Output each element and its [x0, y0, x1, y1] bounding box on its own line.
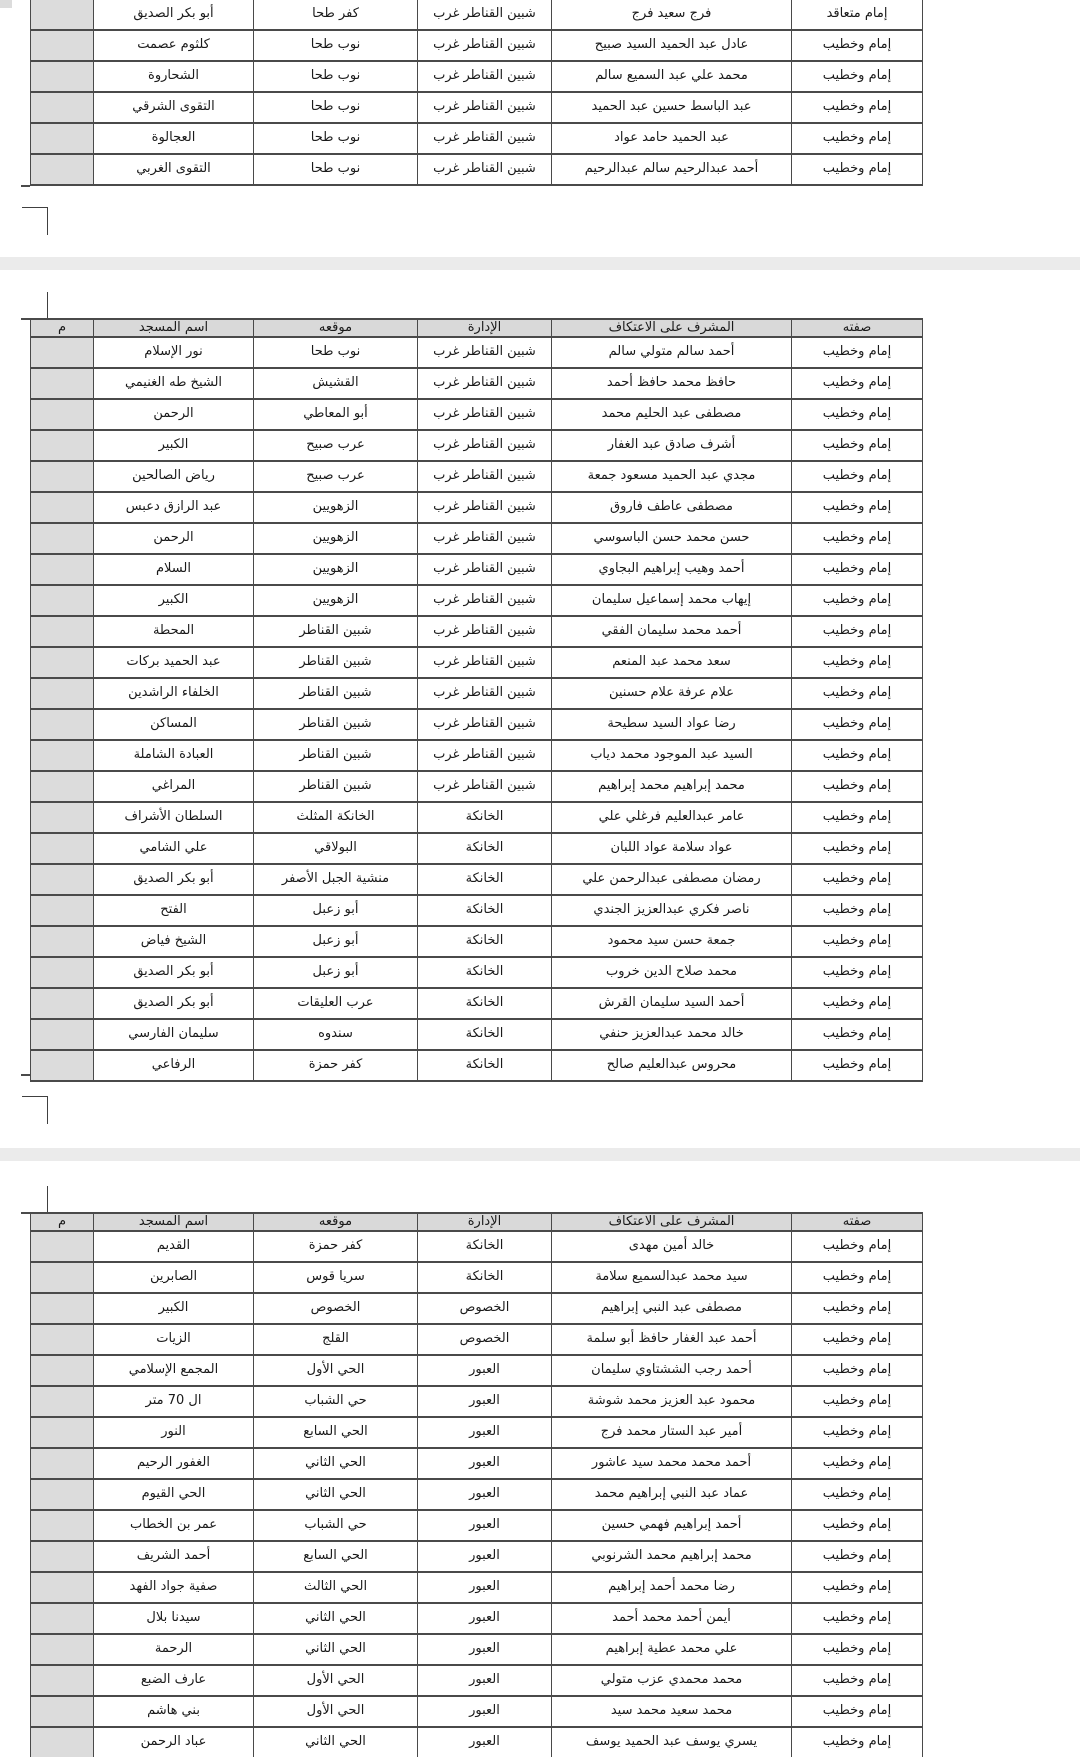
cell-mosque[interactable]: الرحمن [94, 399, 254, 430]
cell-mosque[interactable]: السلطان الأشراف [94, 802, 254, 833]
cell-mosque[interactable]: الرفاعي [94, 1050, 254, 1081]
cell-admin[interactable]: العبور [418, 1448, 552, 1479]
cell-role[interactable]: إمام وخطيب [792, 864, 923, 895]
cell-admin[interactable]: شبين القناطر غرب [418, 368, 552, 399]
cell-num[interactable] [31, 1603, 94, 1634]
cell-supervisor[interactable]: محمد إبراهيم محمد إبراهيم [552, 771, 792, 802]
col-header-num: م [31, 1213, 94, 1231]
cell-admin[interactable]: شبين القناطر غرب [418, 678, 552, 709]
cell-role[interactable]: إمام وخطيب [792, 492, 923, 523]
cell-num[interactable] [31, 1510, 94, 1541]
cell-admin[interactable]: شبين القناطر غرب [418, 523, 552, 554]
cell-admin[interactable]: العبور [418, 1417, 552, 1448]
cell-location[interactable]: كفر حمزة [254, 1050, 418, 1081]
cell-mosque[interactable]: الكبير [94, 430, 254, 461]
cell-num[interactable] [31, 1572, 94, 1603]
cell-location[interactable]: أبو المعاطي [254, 399, 418, 430]
cell-mosque[interactable]: العجالوة [94, 123, 254, 154]
table-row: رياض الصالحينعرب صبيحشبين القناطر غربمجد… [31, 461, 923, 492]
cell-role[interactable]: إمام وخطيب [792, 1727, 923, 1757]
table-row: المساكنشبين القناطرشبين القناطر غربرضا ع… [31, 709, 923, 740]
cell-supervisor[interactable]: عبد الحميد حامد عواد [552, 123, 792, 154]
cell-supervisor[interactable]: علي محمد عطية إبراهيم [552, 1634, 792, 1665]
cell-supervisor[interactable]: سعد محمد عبد المنعم [552, 647, 792, 678]
cell-mosque[interactable]: السلام [94, 554, 254, 585]
cell-role[interactable]: إمام متعاقد [792, 0, 923, 30]
cell-mosque[interactable]: أبو بكر الصديق [94, 864, 254, 895]
cell-num[interactable] [31, 1324, 94, 1355]
cell-mosque[interactable]: المساكن [94, 709, 254, 740]
table-row: نور الإسلامنوب طحاشبين القناطر غربأحمد س… [31, 337, 923, 368]
cell-role[interactable]: إمام وخطيب [792, 123, 923, 154]
cell-admin[interactable]: العبور [418, 1634, 552, 1665]
cell-num[interactable] [31, 740, 94, 771]
cell-location[interactable]: نوب طحا [254, 337, 418, 368]
table-row: الزياتالقلجالخصوصأحمد عبد الغفار حافظ أب… [31, 1324, 923, 1355]
cell-supervisor[interactable]: أحمد سالم متولي سالم [552, 337, 792, 368]
cell-mosque[interactable]: عمر بن الخطاب [94, 1510, 254, 1541]
cell-num[interactable] [31, 461, 94, 492]
table-border-extension [21, 1074, 30, 1076]
cell-supervisor[interactable]: مصطفى عاطف فاروق [552, 492, 792, 523]
cell-admin[interactable]: العبور [418, 1727, 552, 1757]
cell-num[interactable] [31, 1231, 94, 1262]
cell-location[interactable]: الحي الأول [254, 1696, 418, 1727]
table-row: أبو بكر الصديقعرب العليقاتالخانكةأحمد ال… [31, 988, 923, 1019]
cell-num[interactable] [31, 1696, 94, 1727]
cell-supervisor[interactable]: محمد علي عبد السميع سالم [552, 61, 792, 92]
cell-admin[interactable]: الخانكة [418, 1019, 552, 1050]
cell-location[interactable]: الخصوص [254, 1293, 418, 1324]
cell-mosque[interactable]: عبد الحميد بركات [94, 647, 254, 678]
cell-admin[interactable]: شبين القناطر غرب [418, 92, 552, 123]
cell-role[interactable]: إمام وخطيب [792, 740, 923, 771]
cell-role[interactable]: إمام وخطيب [792, 154, 923, 185]
cell-num[interactable] [31, 1417, 94, 1448]
cell-supervisor[interactable]: عادل عبد الحميد السيد صبيح [552, 30, 792, 61]
cell-role[interactable]: إمام وخطيب [792, 802, 923, 833]
cell-mosque[interactable]: الغفور الرحيم [94, 1448, 254, 1479]
cell-admin[interactable]: الخانكة [418, 1231, 552, 1262]
cell-location[interactable]: نوب طحا [254, 61, 418, 92]
cell-role[interactable]: إمام وخطيب [792, 461, 923, 492]
cell-location[interactable]: الزهويين [254, 523, 418, 554]
cell-mosque[interactable]: القديم [94, 1231, 254, 1262]
cell-admin[interactable]: الخصوص [418, 1324, 552, 1355]
cell-mosque[interactable]: ال 70 متر [94, 1386, 254, 1417]
cell-admin[interactable]: شبين القناطر غرب [418, 0, 552, 30]
cell-role[interactable]: إمام وخطيب [792, 1019, 923, 1050]
cell-mosque[interactable]: سيدنا بلال [94, 1603, 254, 1634]
cell-admin[interactable]: شبين القناطر غرب [418, 30, 552, 61]
cell-supervisor[interactable]: محمد إبراهيم محمد الشرنوبي [552, 1541, 792, 1572]
cell-supervisor[interactable]: عامر عبدالعليم فرغلي علي [552, 802, 792, 833]
cell-mosque[interactable]: الرحمن [94, 523, 254, 554]
cell-role[interactable]: إمام وخطيب [792, 30, 923, 61]
cell-role[interactable]: إمام وخطيب [792, 61, 923, 92]
cell-location[interactable]: حي الشباب [254, 1510, 418, 1541]
cell-mosque[interactable]: الكبير [94, 585, 254, 616]
cell-role[interactable]: إمام وخطيب [792, 1386, 923, 1417]
cell-num[interactable] [31, 1634, 94, 1665]
cell-supervisor[interactable]: سيد محمد عبدالسميع سلامة [552, 1262, 792, 1293]
cell-role[interactable]: إمام وخطيب [792, 926, 923, 957]
cell-admin[interactable]: الخانكة [418, 802, 552, 833]
cell-location[interactable]: حي الشباب [254, 1386, 418, 1417]
cell-role[interactable]: إمام وخطيب [792, 1262, 923, 1293]
cell-admin[interactable]: العبور [418, 1479, 552, 1510]
cell-role[interactable]: إمام وخطيب [792, 1324, 923, 1355]
cell-admin[interactable]: الخصوص [418, 1293, 552, 1324]
cell-num[interactable] [31, 1541, 94, 1572]
cell-supervisor[interactable]: أحمد محمد محمد سيد عاشور [552, 1448, 792, 1479]
cell-role[interactable]: إمام وخطيب [792, 988, 923, 1019]
cell-role[interactable]: إمام وخطيب [792, 1510, 923, 1541]
cell-admin[interactable]: شبين القناطر غرب [418, 154, 552, 185]
cell-role[interactable]: إمام وخطيب [792, 399, 923, 430]
cell-admin[interactable]: العبور [418, 1603, 552, 1634]
cell-role[interactable]: إمام وخطيب [792, 709, 923, 740]
cell-location[interactable]: القلج [254, 1324, 418, 1355]
cell-role[interactable]: إمام وخطيب [792, 585, 923, 616]
cell-mosque[interactable]: الحي القيوم [94, 1479, 254, 1510]
cell-role[interactable]: إمام وخطيب [792, 523, 923, 554]
cell-num[interactable] [31, 399, 94, 430]
cell-supervisor[interactable]: فرج سعيد فرج [552, 0, 792, 30]
cell-role[interactable]: إمام وخطيب [792, 1572, 923, 1603]
cell-admin[interactable]: شبين القناطر غرب [418, 430, 552, 461]
cell-location[interactable]: الخانكة المثلث [254, 802, 418, 833]
cell-role[interactable]: إمام وخطيب [792, 1293, 923, 1324]
cell-role[interactable]: إمام وخطيب [792, 647, 923, 678]
cell-location[interactable]: نوب طحا [254, 30, 418, 61]
table-row: المراغيشبين القناطرشبين القناطر غربمحمد … [31, 771, 923, 802]
cell-location[interactable]: سندوه [254, 1019, 418, 1050]
cell-mosque[interactable]: الشحاروة [94, 61, 254, 92]
cell-role[interactable]: إمام وخطيب [792, 1541, 923, 1572]
cell-admin[interactable]: الخانكة [418, 864, 552, 895]
col-header-location: موقعه [254, 1213, 418, 1231]
cell-supervisor[interactable]: محروس عبدالعليم صالح [552, 1050, 792, 1081]
cell-admin[interactable]: شبين القناطر غرب [418, 647, 552, 678]
cell-location[interactable]: الزهويين [254, 492, 418, 523]
cell-admin[interactable]: الخانكة [418, 926, 552, 957]
cell-supervisor[interactable]: محمد سعيد محمد سيد [552, 1696, 792, 1727]
cell-num[interactable] [31, 30, 94, 61]
cell-num[interactable] [31, 1727, 94, 1757]
cell-supervisor[interactable]: رمضان مصطفى عبدالرحمن علي [552, 864, 792, 895]
cell-mosque[interactable]: الفتح [94, 895, 254, 926]
cell-num[interactable] [31, 492, 94, 523]
cell-admin[interactable]: العبور [418, 1696, 552, 1727]
cell-admin[interactable]: الخانكة [418, 988, 552, 1019]
cell-mosque[interactable]: التقوى الشرقي [94, 92, 254, 123]
cell-role[interactable]: إمام وخطيب [792, 1479, 923, 1510]
cell-num[interactable] [31, 1386, 94, 1417]
cell-mosque[interactable]: بني هاشم [94, 1696, 254, 1727]
cell-num[interactable] [31, 368, 94, 399]
cell-role[interactable]: إمام وخطيب [792, 1417, 923, 1448]
cell-mosque[interactable]: عبد الرازق دعبس [94, 492, 254, 523]
cell-admin[interactable]: الخانكة [418, 1262, 552, 1293]
cell-location[interactable]: الحي الأول [254, 1665, 418, 1696]
table-row: التقوى الشرقينوب طحاشبين القناطر غربعبد … [31, 92, 923, 123]
cell-role[interactable]: إمام وخطيب [792, 833, 923, 864]
cell-location[interactable]: الزهويين [254, 585, 418, 616]
cell-num[interactable] [31, 833, 94, 864]
cell-location[interactable]: الحي الأول [254, 1355, 418, 1386]
cell-mosque[interactable]: الزيات [94, 1324, 254, 1355]
cell-location[interactable]: الحي الثالث [254, 1572, 418, 1603]
page-corner-fragment [0, 0, 12, 8]
cell-location[interactable]: أبو زعبل [254, 895, 418, 926]
cell-admin[interactable]: العبور [418, 1572, 552, 1603]
cell-num[interactable] [31, 1019, 94, 1050]
cell-supervisor[interactable]: أمير عبد الستار محمد فرج [552, 1417, 792, 1448]
cell-admin[interactable]: الخانكة [418, 957, 552, 988]
cell-location[interactable]: الحي الثاني [254, 1634, 418, 1665]
cell-mosque[interactable]: سليمان الفارسي [94, 1019, 254, 1050]
cell-mosque[interactable]: عباد الرحمن [94, 1727, 254, 1757]
cell-role[interactable]: إمام وخطيب [792, 1696, 923, 1727]
cell-mosque[interactable]: الشيخ فياض [94, 926, 254, 957]
cell-admin[interactable]: العبور [418, 1386, 552, 1417]
cell-location[interactable]: شبين القناطر [254, 709, 418, 740]
cell-mosque[interactable]: النور [94, 1417, 254, 1448]
cell-supervisor[interactable]: أحمد إبراهيم فهمي حسين [552, 1510, 792, 1541]
cell-admin[interactable]: شبين القناطر غرب [418, 123, 552, 154]
cell-num[interactable] [31, 123, 94, 154]
cell-supervisor[interactable]: السيد عبد الموجود محمد دياب [552, 740, 792, 771]
cell-admin[interactable]: شبين القناطر غرب [418, 740, 552, 771]
cell-num[interactable] [31, 554, 94, 585]
cell-supervisor[interactable]: أحمد عبد الغفار حافظ أبو سلمة [552, 1324, 792, 1355]
cell-num[interactable] [31, 709, 94, 740]
cell-num[interactable] [31, 895, 94, 926]
cell-location[interactable]: الحي الثاني [254, 1727, 418, 1757]
cell-role[interactable]: إمام وخطيب [792, 1665, 923, 1696]
cell-num[interactable] [31, 523, 94, 554]
cell-admin[interactable]: شبين القناطر غرب [418, 709, 552, 740]
table-row: الرحمنأبو المعاطيشبين القناطر غربمصطفى ع… [31, 399, 923, 430]
cell-location[interactable]: عرب صبيح [254, 461, 418, 492]
cell-role[interactable]: إمام وخطيب [792, 771, 923, 802]
cell-supervisor[interactable]: حسن محمد حسن الباسوسي [552, 523, 792, 554]
cell-supervisor[interactable]: رضا محمد أحمد إبراهيم [552, 1572, 792, 1603]
cell-mosque[interactable]: علي الشامي [94, 833, 254, 864]
cell-num[interactable] [31, 92, 94, 123]
cell-location[interactable]: منشية الجبل الأصفر [254, 864, 418, 895]
cell-role[interactable]: إمام وخطيب [792, 616, 923, 647]
cell-num[interactable] [31, 61, 94, 92]
cell-role[interactable]: إمام وخطيب [792, 554, 923, 585]
cell-role[interactable]: إمام وخطيب [792, 895, 923, 926]
cell-num[interactable] [31, 771, 94, 802]
cell-num[interactable] [31, 802, 94, 833]
cell-supervisor[interactable]: إيهاب محمد إسماعيل سليمان [552, 585, 792, 616]
cell-num[interactable] [31, 585, 94, 616]
cell-supervisor[interactable]: محمد صلاح الدين خروب [552, 957, 792, 988]
cell-mosque[interactable]: الصابرين [94, 1262, 254, 1293]
cell-location[interactable]: الحي الثاني [254, 1479, 418, 1510]
cell-num[interactable] [31, 678, 94, 709]
cell-location[interactable]: الحي الثاني [254, 1603, 418, 1634]
mosque-table: ماسم المسجدموقعهالإدارةالمشرف على الاعتك… [30, 1212, 923, 1757]
cell-supervisor[interactable]: يسري يوسف عبد الحميد يوسف [552, 1727, 792, 1757]
cell-admin[interactable]: شبين القناطر غرب [418, 771, 552, 802]
cell-mosque[interactable]: رياض الصالحين [94, 461, 254, 492]
cell-num[interactable] [31, 647, 94, 678]
cell-role[interactable]: إمام وخطيب [792, 957, 923, 988]
cell-role[interactable]: إمام وخطيب [792, 430, 923, 461]
cell-location[interactable]: شبين القناطر [254, 678, 418, 709]
table-border-extension [21, 185, 30, 187]
cell-admin[interactable]: شبين القناطر غرب [418, 616, 552, 647]
cell-admin[interactable]: شبين القناطر غرب [418, 399, 552, 430]
table-row: كلثوم عصمتنوب طحاشبين القناطر غربعادل عب… [31, 30, 923, 61]
cell-num[interactable] [31, 1479, 94, 1510]
cell-num[interactable] [31, 926, 94, 957]
cell-supervisor[interactable]: مجدي عبد الحميد مسعود جمعة [552, 461, 792, 492]
cell-location[interactable]: نوب طحا [254, 123, 418, 154]
cell-supervisor[interactable]: أيمن أحمد محمد أحمد [552, 1603, 792, 1634]
cell-num[interactable] [31, 1050, 94, 1081]
cell-supervisor[interactable]: محمد محمدي عزب متولي [552, 1665, 792, 1696]
cell-location[interactable]: سريا قوس [254, 1262, 418, 1293]
cell-supervisor[interactable]: مصطفى عبد الحليم محمد [552, 399, 792, 430]
cell-supervisor[interactable]: أحمد عبدالرحيم سالم عبدالرحيم [552, 154, 792, 185]
cell-admin[interactable]: شبين القناطر غرب [418, 337, 552, 368]
cell-supervisor[interactable]: ناصر فكري عبدالعزيز الجندي [552, 895, 792, 926]
cell-location[interactable]: عرب العليقات [254, 988, 418, 1019]
cell-supervisor[interactable]: علام عرفة علام حسنين [552, 678, 792, 709]
cell-supervisor[interactable]: رضا عواد السيد سطيحة [552, 709, 792, 740]
table-row: الكبيرالخصوصالخصوصمصطفى عبد النبي إبراهي… [31, 1293, 923, 1324]
cell-supervisor[interactable]: حافظ محمد حافظ أحمد [552, 368, 792, 399]
cell-num[interactable] [31, 1665, 94, 1696]
cell-mosque[interactable]: الكبير [94, 1293, 254, 1324]
cell-supervisor[interactable]: أحمد محمد سليمان الفقي [552, 616, 792, 647]
cell-num[interactable] [31, 988, 94, 1019]
cell-mosque[interactable]: التقوى الغربي [94, 154, 254, 185]
cell-role[interactable]: إمام وخطيب [792, 337, 923, 368]
cell-role[interactable]: إمام وخطيب [792, 1050, 923, 1081]
cell-role[interactable]: إمام وخطيب [792, 368, 923, 399]
cell-supervisor[interactable]: جمعة حسن سيد محمود [552, 926, 792, 957]
cell-mosque[interactable]: العبادة الشاملة [94, 740, 254, 771]
cell-location[interactable]: شبين القناطر [254, 740, 418, 771]
cell-supervisor[interactable]: أشرف صادق عبد الغفار [552, 430, 792, 461]
cell-supervisor[interactable]: عبد الباسط حسين عبد الحميد [552, 92, 792, 123]
cell-admin[interactable]: شبين القناطر غرب [418, 492, 552, 523]
cell-admin[interactable]: شبين القناطر غرب [418, 461, 552, 492]
cell-mosque[interactable]: المحطة [94, 616, 254, 647]
cell-supervisor[interactable]: مصطفى عبد النبي إبراهيم [552, 1293, 792, 1324]
cell-num[interactable] [31, 1355, 94, 1386]
cell-admin[interactable]: الخانكة [418, 1050, 552, 1081]
col-header-role: صفته [792, 319, 923, 337]
cell-location[interactable]: أبو زعبل [254, 926, 418, 957]
cell-mosque[interactable]: أبو بكر الصديق [94, 988, 254, 1019]
cell-admin[interactable]: شبين القناطر غرب [418, 61, 552, 92]
cell-location[interactable]: الحي الثاني [254, 1448, 418, 1479]
cell-location[interactable]: الحي السابع [254, 1541, 418, 1572]
cell-mosque[interactable]: صفية جواد الفهد [94, 1572, 254, 1603]
cell-admin[interactable]: الخانكة [418, 833, 552, 864]
cell-supervisor[interactable]: أحمد السيد سليمان القرش [552, 988, 792, 1019]
cell-location[interactable]: عرب صبيح [254, 430, 418, 461]
cell-mosque[interactable]: الخلفاء الراشدين [94, 678, 254, 709]
cell-admin[interactable]: شبين القناطر غرب [418, 554, 552, 585]
cell-admin[interactable]: العبور [418, 1510, 552, 1541]
cell-location[interactable]: شبين القناطر [254, 616, 418, 647]
cell-role[interactable]: إمام وخطيب [792, 678, 923, 709]
cell-location[interactable]: نوب طحا [254, 154, 418, 185]
cell-mosque[interactable]: الرحمة [94, 1634, 254, 1665]
cell-role[interactable]: إمام وخطيب [792, 1448, 923, 1479]
cell-supervisor[interactable]: خالد محمد عبدالعزيز حنفي [552, 1019, 792, 1050]
cell-mosque[interactable]: أبو بكر الصديق [94, 957, 254, 988]
cell-admin[interactable]: شبين القناطر غرب [418, 585, 552, 616]
cell-location[interactable]: البولاقي [254, 833, 418, 864]
cell-num[interactable] [31, 0, 94, 30]
cell-num[interactable] [31, 1293, 94, 1324]
cell-num[interactable] [31, 1262, 94, 1293]
cell-location[interactable]: شبين القناطر [254, 771, 418, 802]
cell-num[interactable] [31, 337, 94, 368]
cell-num[interactable] [31, 154, 94, 185]
cell-location[interactable]: أبو زعبل [254, 957, 418, 988]
cell-location[interactable]: الزهويين [254, 554, 418, 585]
cell-role[interactable]: إمام وخطيب [792, 1355, 923, 1386]
cell-mosque[interactable]: المراغي [94, 771, 254, 802]
cell-admin[interactable]: العبور [418, 1541, 552, 1572]
cell-mosque[interactable]: أحمد الشريف [94, 1541, 254, 1572]
cell-location[interactable]: شبين القناطر [254, 647, 418, 678]
cell-location[interactable]: القشيش [254, 368, 418, 399]
cell-mosque[interactable]: الشيخ طه الغنيمي [94, 368, 254, 399]
cell-num[interactable] [31, 864, 94, 895]
cell-mosque[interactable]: أبو بكر الصديق [94, 0, 254, 30]
cell-mosque[interactable]: المجمع الإسلامي [94, 1355, 254, 1386]
col-header-mosque: اسم المسجد [94, 319, 254, 337]
cell-location[interactable]: الحي السابع [254, 1417, 418, 1448]
cell-role[interactable]: إمام وخطيب [792, 1634, 923, 1665]
cell-mosque[interactable]: عارف الضبع [94, 1665, 254, 1696]
cell-supervisor[interactable]: أحمد وهيب إبراهيم البجاوي [552, 554, 792, 585]
cell-mosque[interactable]: كلثوم عصمت [94, 30, 254, 61]
cell-num[interactable] [31, 1448, 94, 1479]
cell-role[interactable]: إمام وخطيب [792, 1231, 923, 1262]
cell-location[interactable]: كفر طحا [254, 0, 418, 30]
cell-num[interactable] [31, 616, 94, 647]
cell-num[interactable] [31, 430, 94, 461]
cell-supervisor[interactable]: أحمد رجب الششتاوي سليمان [552, 1355, 792, 1386]
cell-supervisor[interactable]: خالد أمين مهدى [552, 1231, 792, 1262]
cell-supervisor[interactable]: عواد سلامة عواد اللبان [552, 833, 792, 864]
cell-admin[interactable]: العبور [418, 1355, 552, 1386]
cell-admin[interactable]: الخانكة [418, 895, 552, 926]
cell-supervisor[interactable]: عماد عبد النبي إبراهيم محمد [552, 1479, 792, 1510]
cell-location[interactable]: نوب طحا [254, 92, 418, 123]
cell-supervisor[interactable]: محمود عبد العزيز محمد شوشة [552, 1386, 792, 1417]
cell-location[interactable]: كفر حمزة [254, 1231, 418, 1262]
cell-role[interactable]: إمام وخطيب [792, 1603, 923, 1634]
cell-mosque[interactable]: نور الإسلام [94, 337, 254, 368]
cell-admin[interactable]: العبور [418, 1665, 552, 1696]
cell-role[interactable]: إمام وخطيب [792, 92, 923, 123]
cell-num[interactable] [31, 957, 94, 988]
